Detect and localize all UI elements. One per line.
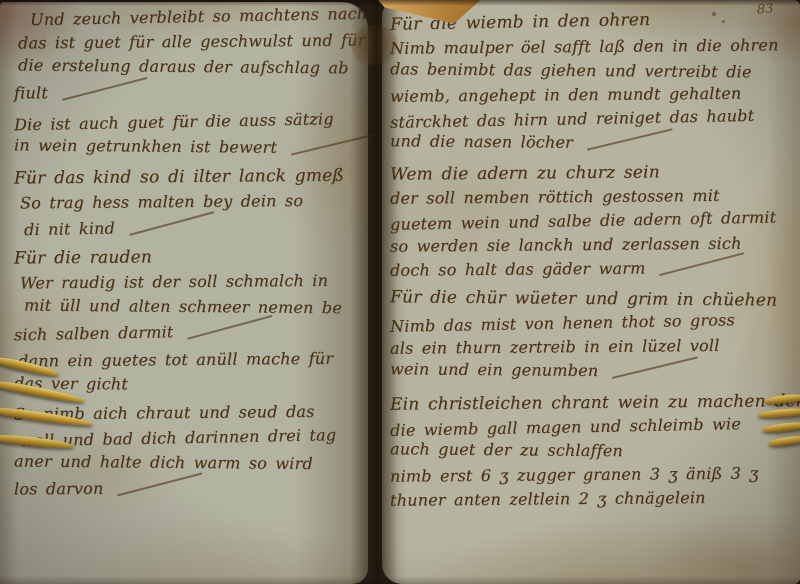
manuscript-line: und die nasen löcher [390,131,794,153]
manuscript-heading-line: Ein christleichen chrant wein zu machen … [390,391,794,413]
manuscript-line-text: wiemb, angehept in den mundt gehalten [390,84,742,106]
manuscript-line: das benimbt das giehen und vertreibt die [390,59,794,81]
manuscript-line: stärckhet das hirn und reiniget das haub… [390,105,794,131]
manuscript-line-text: Für die chür wüeter und grim in chüehen [390,287,777,310]
manuscript-heading-line: Für die chür wüeter und grim in chüehen [390,287,794,309]
manuscript-line-text: als ein thurn zertreib in ein lüzel voll [390,336,720,358]
manuscript-line-text: fiult [14,83,48,102]
manuscript-line: So trag hess malten bey dein so [20,191,362,212]
pen-flourish [612,356,698,378]
manuscript-line: fiult [14,80,362,101]
manuscript-line: doch so halt das gäder warm [390,257,794,279]
manuscript-line: wiemb, angehept in den mundt gehalten [390,83,794,105]
manuscript-line-text: das ist guet für alle geschwulst und für [18,30,366,52]
manuscript-line-text: dann ein guetes tot anüll mache für [18,349,333,371]
manuscript-line: nimb erst 6 ʒ zugger granen 3 ʒ äniß 3 ʒ [390,463,794,485]
manuscript-line-text: doch so halt das gäder warm [390,259,646,280]
pen-flourish [117,472,203,496]
manuscript-line: guetem wein und salbe die adern oft darm… [390,207,794,233]
manuscript-line: Und zeuch verbleibt so machtens nach [30,4,362,28]
manuscript-line-text: auch guet der zu schlaffen [390,439,623,460]
manuscript-line-text: in wein getrunkhen ist bewert [14,135,277,156]
manuscript-line: sich salben darmit [14,319,362,344]
manuscript-line: aner und halte dich warm so wird [14,451,362,472]
left-page-text: Und zeuch verbleibt so machtens nachdas … [14,7,362,503]
pen-flourish [187,314,272,339]
manuscript-line-text: guetem wein und salbe die adern oft darm… [390,207,777,233]
manuscript-line-text: stärckhet das hirn und reiniget das haub… [390,106,755,132]
pen-flourish [587,128,673,150]
manuscript-line: als ein thurn zertreib in ein lüzel voll [390,335,794,357]
right-page-text: Für die wiemb in den ohrenNimb maulper ö… [390,11,794,513]
manuscript-line: Die ist auch guet für die auss sätzig [14,109,362,134]
manuscript-line-text: die wiemb gall magen und schleimb wie [390,414,741,440]
manuscript-line-text: sich salben darmit [14,322,174,344]
left-page: Und zeuch verbleibt so machtens nachdas … [0,2,368,584]
manuscript-line-text: Wer raudig ist der soll schmalch in [20,271,328,293]
manuscript-line-text: di nit kind [24,218,115,239]
manuscript-heading-line: Für die rauden [14,245,362,266]
manuscript-line-text: thuner anten zeltlein 2 ʒ chnägelein [390,488,706,510]
manuscript-line-text: Die ist auch guet für die auss sätzig [14,109,334,134]
manuscript-line: thuner anten zeltlein 2 ʒ chnägelein [390,487,794,509]
manuscript-line: los darvon [14,476,362,497]
manuscript-line: so werden sie lanckh und zerlassen sich [390,233,794,255]
manuscript-line: Nimb das mist von henen thot so gross [390,309,794,335]
manuscript-line-text: Ein christleichen chrant wein zu machen … [390,391,800,415]
book-gutter [350,0,398,584]
manuscript-line: di nit kind [24,214,362,238]
pen-flourish [129,211,214,236]
manuscript-line-text: der soll nemben röttich gestossen mit [390,186,720,208]
pen-flourish [659,252,745,276]
manuscript-line-text: die erstelung daraus der aufschlag ab [18,55,349,77]
manuscript-line-text: aner und halte dich warm so wird [14,451,313,473]
manuscript-line: Wer raudig ist der soll schmalch in [20,271,362,292]
manuscript-line-text: das benimbt das giehen und vertreibt die [390,59,752,81]
manuscript-line-text: wein und ein genumben [390,359,598,380]
manuscript-line: der soll nemben röttich gestossen mit [390,185,794,207]
manuscript-line-text: So trag hess malten bey dein so [20,191,303,212]
manuscript-line-text: Für die rauden [14,247,152,268]
manuscript-line-text: Und zeuch verbleibt so machtens nach [30,4,368,29]
manuscript-line: dann ein guetes tot anüll mache für [18,348,362,369]
manuscript-line: mit üll und alten schmeer nemen be [24,296,362,317]
manuscript-line: die erstelung daraus der aufschlag ab [18,55,362,76]
manuscript-line: das ver gicht [14,373,362,394]
manuscript-heading-line: Für das kind so di ilter lanck gmeß [14,165,362,186]
manuscript-line: wein und ein genumben [390,359,794,381]
manuscript-line-text: nimb erst 6 ʒ zugger granen 3 ʒ äniß 3 ʒ [390,464,759,486]
manuscript-line-text: so werden sie lanckh und zerlassen sich [390,234,742,256]
manuscript-line-text: Wem die adern zu churz sein [390,162,660,184]
manuscript-line: auch guet der zu schlaffen [390,439,794,461]
book-photo: Und zeuch verbleibt so machtens nachdas … [0,0,800,584]
pen-flourish [62,76,148,100]
manuscript-heading-line: Wem die adern zu churz sein [390,161,794,183]
manuscript-line-text: Für das kind so di ilter lanck gmeß [14,166,344,189]
manuscript-line: die wiemb gall magen und schleimb wie [390,413,794,439]
manuscript-line-text: los darvon [14,479,104,499]
manuscript-line: in wein getrunkhen ist bewert [14,135,362,156]
manuscript-line: Nimb maulper öel safft laß den in die oh… [390,35,794,57]
manuscript-line-text: mit üll und alten schmeer nemen be [24,296,342,318]
manuscript-line: das ist guet für alle geschwulst und für [18,30,362,51]
manuscript-line-text: Nimb maulper öel safft laß den in die oh… [390,35,779,57]
manuscript-line-text: und die nasen löcher [390,131,573,152]
manuscript-line-text: Nimb das mist von henen thot so gross [390,310,735,336]
